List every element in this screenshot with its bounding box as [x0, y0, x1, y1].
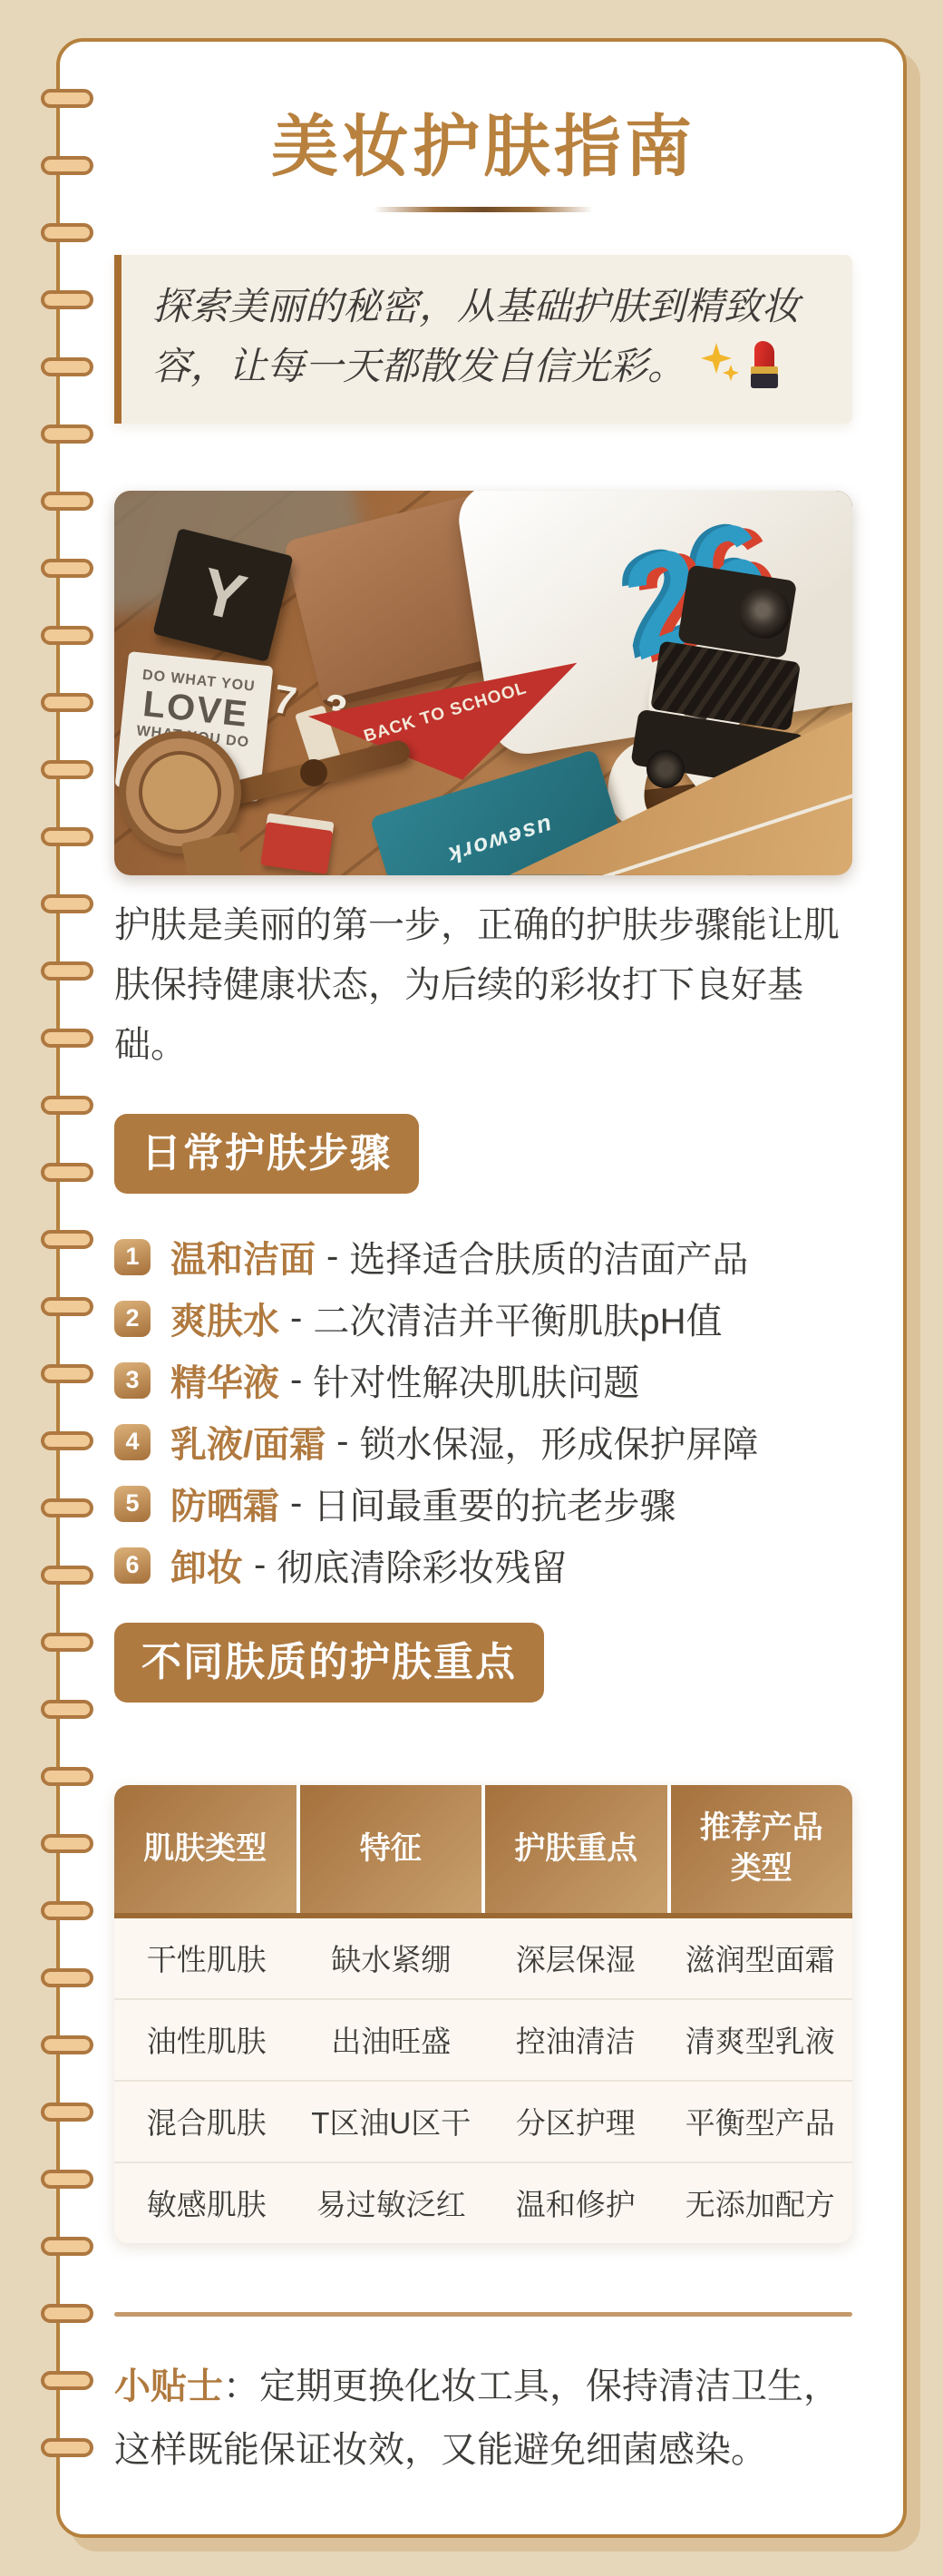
binding-ring: [41, 2438, 93, 2457]
binding-ring: [41, 290, 93, 309]
binding-ring: [41, 961, 93, 981]
table-header-cell: 推荐产品类型: [671, 1785, 853, 1913]
section-title-daily-steps: 日常护肤步骤: [114, 1114, 419, 1194]
binding-ring: [41, 1364, 93, 1383]
notebook-binding: [0, 0, 109, 2576]
table-header-cell: 肌肤类型: [114, 1785, 300, 1913]
binding-ring: [41, 1968, 93, 1987]
binding-ring: [41, 693, 93, 712]
step-number-badge: 5: [114, 1486, 151, 1522]
list-item: 3 精华液 - 针对性解决肌肤问题: [114, 1362, 852, 1399]
binding-ring: [41, 2304, 93, 2323]
intro-paragraph: 护肤是美丽的第一步，正确的护肤步骤能让肌肤保持健康状态，为后续的彩妆打下良好基础…: [114, 895, 852, 1075]
binding-ring: [41, 1230, 93, 1249]
binding-ring: [41, 1163, 93, 1182]
list-item: 2 爽肤水 - 二次清洁并平衡肌肤pH值: [114, 1301, 852, 1337]
binding-ring: [41, 1901, 93, 1920]
list-item: 5 防晒霜 - 日间最重要的抗老步骤: [114, 1486, 852, 1522]
binding-ring: [41, 2371, 93, 2390]
step-number-badge: 3: [114, 1362, 151, 1399]
binding-ring: [41, 1029, 93, 1048]
hero-photo: P 26 Y DO WHAT YOU LOVE WHAT YOU DO 7 3 …: [114, 491, 852, 875]
binding-ring: [41, 559, 93, 578]
list-item: 6 卸妆 - 彻底清除彩妆残留: [114, 1547, 852, 1584]
binding-ring: [41, 2237, 93, 2256]
binding-ring: [41, 1566, 93, 1585]
list-item: 4 乳液/面霜 - 锁水保湿，形成保护屏障: [114, 1424, 852, 1460]
lipstick-icon: [751, 341, 782, 388]
binding-ring: [41, 626, 93, 645]
binding-ring: [41, 2035, 93, 2054]
footer-divider: [114, 2312, 852, 2317]
binding-ring: [41, 1498, 93, 1517]
tip-paragraph: 小贴士：定期更换化妆工具，保持清洁卫生，这样既能保证妆效，又能避免细菌感染。: [114, 2355, 852, 2482]
binding-ring: [41, 492, 93, 511]
skin-type-table: 肌肤类型 特征 护肤重点 推荐产品类型 干性肌肤 缺水紧绷 深层保湿 滋润型面霜…: [114, 1785, 852, 2243]
photo-propeller-hub: [300, 759, 327, 786]
steps-list: 1 温和洁面 - 选择适合肤质的洁面产品 2 爽肤水 - 二次清洁并平衡肌肤pH…: [114, 1239, 852, 1584]
binding-ring: [41, 424, 93, 444]
camera-lens: [735, 583, 793, 641]
table-row: 油性肌肤 出油旺盛 控油清洁 清爽型乳液: [114, 2000, 852, 2082]
binding-ring: [41, 156, 93, 175]
table-row: 干性肌肤 缺水紧绷 深层保湿 滋润型面霜: [114, 1918, 852, 2000]
step-number-badge: 6: [114, 1547, 151, 1584]
table-header-row: 肌肤类型 特征 护肤重点 推荐产品类型: [114, 1785, 852, 1918]
table-header-cell: 护肤重点: [485, 1785, 671, 1913]
binding-ring: [41, 760, 93, 779]
binding-ring: [41, 2170, 93, 2189]
step-number-badge: 1: [114, 1239, 151, 1275]
title-divider: [374, 207, 593, 212]
table-row: 混合肌肤 T区油U区干 分区护理 平衡型产品: [114, 2082, 852, 2163]
tip-text: ：定期更换化妆工具，保持清洁卫生，这样既能保证妆效，又能避免细菌感染。: [114, 2366, 840, 2470]
photo-teal-label: usework: [443, 810, 555, 869]
step-number-badge: 4: [114, 1424, 151, 1460]
quote-icons: [685, 345, 782, 387]
binding-ring: [41, 1431, 93, 1450]
notebook-card: 美妆护肤指南 探索美丽的秘密，从基础护肤到精致妆容，让每一天都散发自信光彩。 P…: [56, 38, 907, 2538]
page-title: 美妆护肤指南: [114, 100, 852, 194]
section-title-skin-types: 不同肤质的护肤重点: [114, 1623, 544, 1703]
list-item: 1 温和洁面 - 选择适合肤质的洁面产品: [114, 1239, 852, 1275]
photo-matchbox: [260, 813, 334, 874]
binding-ring: [41, 894, 93, 913]
binding-ring: [41, 1633, 93, 1652]
binding-ring: [41, 223, 93, 242]
tip-label: 小贴士: [114, 2366, 223, 2406]
sparkles-icon: [698, 341, 742, 402]
intro-quote-box: 探索美丽的秘密，从基础护肤到精致妆容，让每一天都散发自信光彩。: [114, 255, 852, 424]
table-header-cell: 特征: [300, 1785, 486, 1913]
binding-ring: [41, 1700, 93, 1719]
binding-ring: [41, 1834, 93, 1853]
table-row: 敏感肌肤 易过敏泛红 温和修护 无添加配方: [114, 2163, 852, 2243]
binding-ring: [41, 1096, 93, 1115]
binding-ring: [41, 1297, 93, 1316]
binding-ring: [41, 2103, 93, 2122]
binding-ring: [41, 357, 93, 376]
binding-ring: [41, 89, 93, 108]
step-number-badge: 2: [114, 1301, 151, 1337]
binding-ring: [41, 1767, 93, 1786]
card-content: 美妆护肤指南 探索美丽的秘密，从基础护肤到精致妆容，让每一天都散发自信光彩。 P…: [60, 42, 903, 2482]
binding-ring: [41, 827, 93, 846]
